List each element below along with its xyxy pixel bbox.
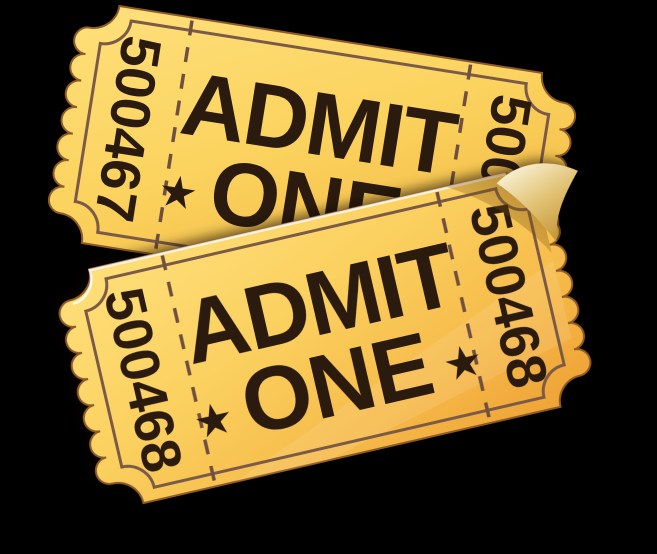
star-icon: ★	[155, 166, 202, 221]
ticket-artwork: 500467 500467 ADMIT ★ ONE ★	[0, 0, 657, 554]
